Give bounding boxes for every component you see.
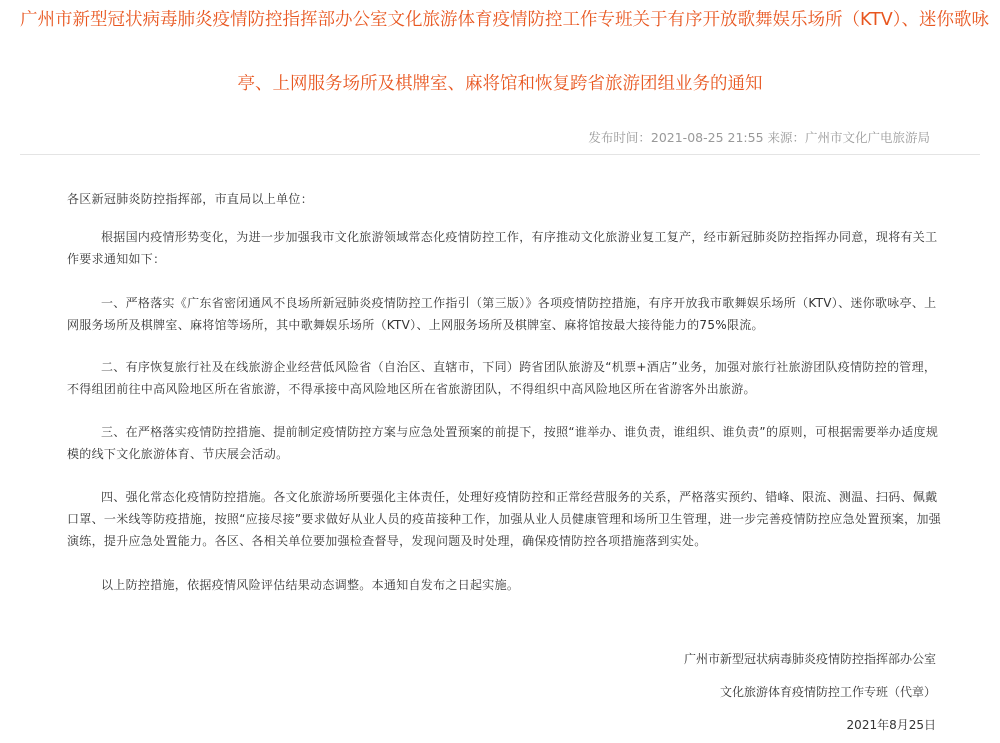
paragraph-item-2: 二、有序恢复旅行社及在线旅游企业经营低风险省（自治区、直辖市，下同）跨省团队旅游… bbox=[67, 356, 942, 400]
publish-meta: 发布时间：2021-08-25 21:55 来源：广州市文化广电旅游局 bbox=[588, 128, 930, 146]
paragraph-closing: 以上防控措施，依据疫情风险评估结果动态调整。本通知自发布之日起实施。 bbox=[67, 574, 942, 596]
paragraph-item-1: 一、严格落实《广东省密闭通风不良场所新冠肺炎疫情防控工作指引（第三版）》各项疫情… bbox=[67, 292, 942, 336]
signature-org-line1: 广州市新型冠状病毒肺炎疫情防控指挥部办公室 bbox=[684, 650, 936, 667]
signature-date: 2021年8月25日 bbox=[847, 716, 936, 733]
article-title-line2: 亭、上网服务场所及棋牌室、麻将馆和恢复跨省旅游团组业务的通知 bbox=[20, 76, 980, 94]
header-divider bbox=[20, 154, 980, 155]
signature-org-line2: 文化旅游体育疫情防控工作专班（代章） bbox=[720, 683, 936, 700]
paragraph-item-3: 三、在严格落实疫情防控措施、提前制定疫情防控方案与应急处置预案的前提下，按照“谁… bbox=[67, 421, 942, 465]
article-title-line1: 广州市新型冠状病毒肺炎疫情防控指挥部办公室文化旅游体育疫情防控工作专班关于有序开… bbox=[20, 12, 980, 30]
paragraph-intro: 根据国内疫情形势变化，为进一步加强我市文化旅游领域常态化疫情防控工作，有序推动文… bbox=[67, 226, 942, 270]
paragraph-item-4: 四、强化常态化疫情防控措施。各文化旅游场所要强化主体责任，处理好疫情防控和正常经… bbox=[67, 486, 942, 552]
salutation: 各区新冠肺炎防控指挥部，市直局以上单位： bbox=[67, 188, 313, 210]
